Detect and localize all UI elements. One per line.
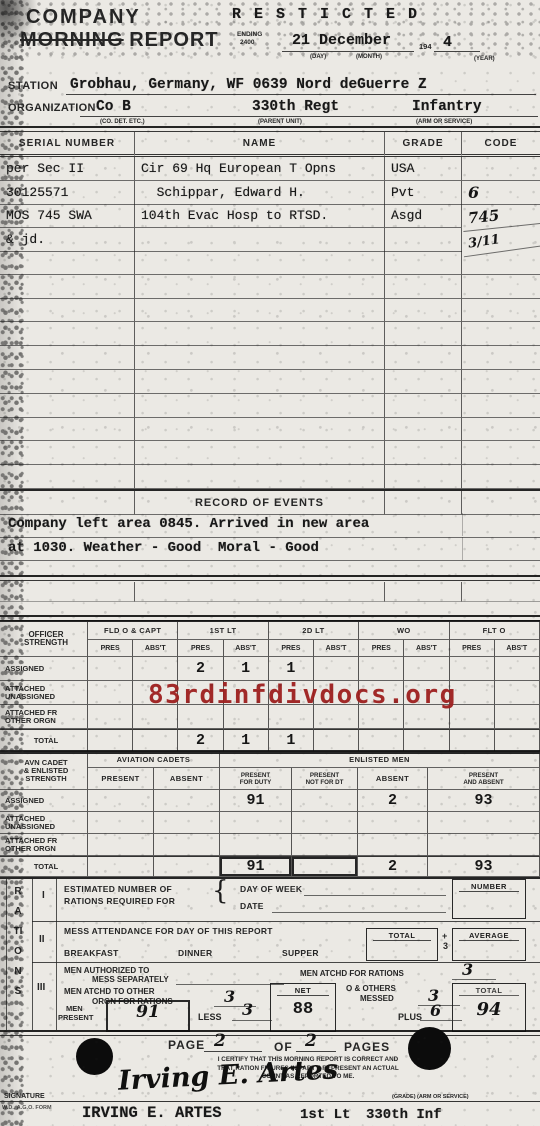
subcol-pres: PRES: [88, 640, 133, 657]
officer-cell: [88, 681, 133, 705]
col-header-code: CODE: [462, 132, 540, 157]
net-box: NET 88: [270, 983, 336, 1032]
officer-cell: [495, 705, 540, 729]
supper-label: SUPPER: [282, 948, 319, 958]
total-box-label: TOTAL: [373, 931, 431, 941]
serial-cell: & jd.: [0, 228, 135, 252]
day-of-week-label: DAY OF WEEK: [240, 884, 302, 894]
officer-cell: [133, 729, 178, 752]
enlisted-table-title: AVN CADET & ENLISTED STRENGTH: [0, 752, 88, 790]
events-line-1: Company left area 0845. Arrived in new a…: [8, 516, 369, 532]
morning-report-document: COMPANY R E S T I C T E D MORNING REPORT…: [0, 0, 540, 1126]
less-label: LESS: [198, 1012, 222, 1022]
station-underline: [66, 94, 536, 95]
name-cell: 104th Evac Hosp to RTSD.: [135, 204, 385, 228]
officer-row-label-total: TOTAL: [0, 729, 88, 752]
events-title: RECORD OF EVENTS: [135, 491, 385, 515]
net-box-label: NET: [277, 986, 329, 996]
officer-cell: [359, 657, 404, 681]
enlisted-cell: [220, 812, 292, 834]
section-i-numeral: I: [42, 890, 45, 901]
serial-cell: 30125571: [0, 181, 135, 205]
enlisted-cell: [154, 812, 220, 834]
men-atchd-for-rations-label: MEN ATCHD FOR RATIONS: [300, 969, 404, 978]
group-aviation-cadets: AVIATION CADETS: [88, 752, 220, 768]
station-label: STATION: [8, 80, 58, 92]
form-title-morning: MORNING: [20, 29, 124, 51]
officer-cell: [495, 681, 540, 705]
station-value: Grobhau, Germany, WF 0639 Nord deGuerre …: [70, 77, 427, 93]
enlisted-row-label-attached-fr: ATTACHED FR OTHER ORGN: [0, 834, 88, 856]
officer-cell: [495, 729, 540, 752]
men-atchd-other-value: 3: [224, 987, 235, 1006]
organization-unit: Co B: [96, 99, 131, 115]
officer-cell: [450, 657, 495, 681]
pages-label: PAGES: [344, 1040, 390, 1054]
roster-row-1: per Sec II Cir 69 Hq European T Opns USA: [0, 157, 540, 181]
grand-total-box: TOTAL 94: [452, 983, 526, 1032]
men-atchd-for-rations-value: 3: [462, 960, 473, 979]
enlisted-row-label-total: TOTAL: [0, 856, 88, 877]
subcol-absent: ABSENT: [154, 768, 220, 790]
group-fld-o-capt: FLD O & CAPT: [88, 622, 178, 640]
section-iii-numeral: III: [37, 982, 45, 993]
men-authorized-label-2: MESS SEPARATELY: [92, 975, 169, 984]
signature-script: Irving E. Artes: [117, 1054, 338, 1096]
year-prefix: 194: [419, 42, 432, 51]
officer-cell: 2: [178, 657, 223, 681]
organization-underline: [80, 116, 538, 117]
enlisted-cell: [154, 790, 220, 812]
enlisted-cell: [292, 790, 358, 812]
empty-roster-rows: [0, 251, 540, 489]
enlisted-cell: 93: [428, 856, 540, 877]
col-header-name: NAME: [135, 132, 385, 157]
subcol-present-not-for-dt: PRESENT NOT FOR DT: [292, 768, 358, 790]
parent-sublabel: (PARENT UNIT): [258, 119, 302, 125]
officer-cell: [314, 657, 359, 681]
enlisted-cell: [154, 834, 220, 856]
typed-signature-unit: 330th Inf: [366, 1107, 442, 1123]
date-label: DATE: [240, 901, 264, 911]
form-title-report: REPORT: [129, 29, 218, 51]
enlisted-cell: [88, 790, 154, 812]
officer-cell: [404, 729, 449, 752]
plus-value: 6: [430, 1001, 441, 1020]
page-label: PAGE: [168, 1038, 205, 1052]
group-2d-lt: 2D LT: [269, 622, 359, 640]
officer-cell: [133, 657, 178, 681]
site-watermark: 83rdinfdivdocs.org: [148, 680, 457, 710]
grade-cell: Asgd: [385, 204, 462, 228]
report-date-value: 21 December: [292, 32, 391, 49]
form-reference: W.D., A.G.O. FORM: [2, 1105, 66, 1112]
grand-total-value: 94: [476, 999, 501, 1020]
enlisted-cell: [154, 856, 220, 877]
subcol-present-and-absent: PRESENT AND ABSENT: [428, 768, 540, 790]
enlisted-strength-table: AVN CADET & ENLISTED STRENGTH AVIATION C…: [0, 750, 540, 879]
men-authorized-label-1: MEN AUTHORIZED TO: [64, 966, 149, 975]
typed-signature-name: IRVING E. ARTES: [82, 1104, 222, 1122]
subcol-abst: ABS'T: [404, 640, 449, 657]
men-atchd-other-label-1: MEN ATCHD TO OTHER: [64, 987, 155, 996]
pages-total: 2: [305, 1031, 317, 1051]
enlisted-cell: 91: [220, 856, 292, 877]
roster-row-3: MOS 745 SWA 104th Evac Hosp to RTSD. Asg…: [0, 204, 540, 228]
section-ii-numeral: II: [39, 934, 45, 945]
group-wo: WO: [359, 622, 449, 640]
arm-sublabel: (ARM OR SERVICE): [416, 119, 472, 125]
grade-cell: USA: [385, 157, 462, 181]
enlisted-cell: 93: [428, 790, 540, 812]
subcol-absent-2: ABSENT: [358, 768, 428, 790]
heavy-rule: [0, 575, 540, 581]
ending-time: 2400: [240, 39, 254, 46]
rations-vertical-label: RATIONS: [12, 882, 24, 1002]
page-number: 2: [214, 1031, 226, 1051]
events-line-2-row: at 1030. Weather - Good Moral - Good: [0, 537, 540, 562]
code-cell: [462, 157, 540, 181]
officer-cell: 1: [269, 729, 314, 752]
serial-cell: MOS 745 SWA: [0, 204, 135, 228]
of-label: OF: [274, 1040, 293, 1054]
subcol-abst: ABS'T: [224, 640, 269, 657]
enlisted-cell: 2: [358, 790, 428, 812]
enlisted-cell: [88, 856, 154, 877]
hole-punch-right: [408, 1027, 451, 1070]
officer-cell: [359, 729, 404, 752]
officer-cell: [314, 729, 359, 752]
enlisted-row-label-assigned: ASSIGNED: [0, 790, 88, 812]
o-and-others-label: O & OTHERS: [346, 984, 396, 993]
officer-cell: [495, 657, 540, 681]
grade-cell: Pvt: [385, 181, 462, 205]
grade-cell: [385, 228, 462, 252]
officer-cell: 1: [269, 657, 314, 681]
roster-header-row: SERIAL NUMBER NAME GRADE CODE: [0, 132, 540, 157]
officer-table-title: OFFICER STRENGTH: [0, 622, 88, 657]
typed-signature-grade: 1st Lt: [300, 1107, 350, 1123]
subcol-abst: ABS'T: [133, 640, 178, 657]
number-box-label: NUMBER: [459, 882, 519, 892]
group-flt-o: FLT O: [450, 622, 540, 640]
name-cell: Cir 69 Hq European T Opns: [135, 157, 385, 181]
events-header-row: RECORD OF EVENTS: [0, 489, 540, 515]
present-label: PRESENT: [58, 1013, 93, 1022]
total-box: TOTAL: [366, 928, 438, 961]
subcol-pres: PRES: [450, 640, 495, 657]
organization-label: ORGANIZATION: [8, 102, 96, 114]
day-sublabel: (DAY): [310, 54, 326, 60]
grade-arm-sublabel: (GRADE) (ARM OR SERVICE): [392, 1094, 469, 1100]
average-box-label: AVERAGE: [459, 931, 519, 941]
restricted-stamp: R E S T I C T E D: [232, 6, 419, 23]
subcol-pres: PRES: [269, 640, 314, 657]
subcol-abst: ABS'T: [495, 640, 540, 657]
men-present-value: 91: [136, 1002, 160, 1022]
men-label: MEN: [66, 1004, 83, 1013]
mess-attendance-label: MESS ATTENDANCE FOR DAY OF THIS REPORT: [64, 926, 273, 936]
organization-arm: Infantry: [412, 99, 482, 115]
breakfast-label: BREAKFAST: [64, 948, 119, 958]
officer-cell: 1: [224, 729, 269, 752]
officer-cell: [450, 729, 495, 752]
enlisted-cell: 2: [358, 856, 428, 877]
officer-cell: [88, 729, 133, 752]
grand-total-box-label: TOTAL: [459, 986, 519, 996]
group-1st-lt: 1ST LT: [178, 622, 268, 640]
enlisted-cell: [88, 834, 154, 856]
enlisted-cell: [220, 834, 292, 856]
officer-row-label-attached-fr: ATTACHED FR OTHER ORGN: [0, 705, 88, 729]
enlisted-cell: [428, 812, 540, 834]
year-value: 4: [443, 34, 452, 51]
ending-label: ENDING: [237, 31, 262, 38]
enlisted-row-label-attached-unassigned: ATTACHED UNASSIGNED: [0, 812, 88, 834]
events-line-1-row: Company left area 0845. Arrived in new a…: [0, 513, 540, 538]
unit-sublabel: (CO. DET. ETC.): [100, 119, 145, 125]
col-header-grade: GRADE: [385, 132, 462, 157]
number-box: NUMBER: [452, 879, 526, 919]
month-sublabel: (MONTH): [356, 54, 382, 60]
subcol-present-for-duty: PRESENT FOR DUTY: [220, 768, 292, 790]
net-value: 88: [293, 1000, 313, 1019]
enlisted-cell: [292, 856, 358, 877]
less-value: 3: [242, 1000, 253, 1019]
estimated-label-1: ESTIMATED NUMBER OF: [64, 884, 172, 894]
messed-label: MESSED: [360, 994, 394, 1003]
enlisted-cell: [88, 812, 154, 834]
officer-cell: 1: [224, 657, 269, 681]
col-header-serial: SERIAL NUMBER: [0, 132, 135, 157]
serial-cell: per Sec II: [0, 157, 135, 181]
plus-label: PLUS: [398, 1012, 422, 1022]
officer-row-label-assigned: ASSIGNED: [0, 657, 88, 681]
group-enlisted-men: ENLISTED MEN: [220, 752, 540, 768]
officer-cell: [404, 657, 449, 681]
organization-parent: 330th Regt: [252, 99, 339, 115]
enlisted-cell: 91: [220, 790, 292, 812]
divide-by: 3: [443, 941, 448, 951]
form-title-company: COMPANY: [26, 6, 141, 29]
brace: {: [212, 876, 229, 906]
year-sublabel: (YEAR): [474, 56, 495, 62]
divide-sign: +: [442, 931, 447, 941]
enlisted-cell: [428, 834, 540, 856]
roster-row-4: & jd. 3/11: [0, 228, 540, 252]
subcol-pres: PRES: [178, 640, 223, 657]
officer-row-label-attached-unassigned: ATTACHED UNASSIGNED: [0, 681, 88, 705]
spacer-ruled-row: [0, 582, 540, 602]
roster-row-2: 30125571 Schippar, Edward H. Pvt 6: [0, 181, 540, 205]
average-box: AVERAGE: [452, 928, 526, 961]
enlisted-cell: [358, 834, 428, 856]
date-underline: [282, 51, 414, 52]
subcol-present: PRESENT: [88, 768, 154, 790]
enlisted-cell: [292, 834, 358, 856]
enlisted-cell: [358, 812, 428, 834]
subcol-abst: ABS'T: [314, 640, 359, 657]
hole-punch-left: [76, 1038, 113, 1075]
officer-cell: 2: [178, 729, 223, 752]
signature-line: [0, 1101, 540, 1102]
enlisted-cell: [292, 812, 358, 834]
events-line-2: at 1030. Weather - Good Moral - Good: [8, 540, 319, 556]
name-cell: Schippar, Edward H.: [135, 181, 385, 205]
name-cell: [135, 228, 385, 252]
subcol-pres: PRES: [359, 640, 404, 657]
year-underline: [434, 51, 480, 52]
officer-cell: [88, 705, 133, 729]
heavy-rule: [0, 1030, 540, 1036]
men-present-box: 91: [106, 1000, 190, 1032]
officer-cell: [88, 657, 133, 681]
signature-label: SIGNATURE: [4, 1093, 45, 1100]
estimated-label-2: RATIONS REQUIRED FOR: [64, 896, 175, 906]
dinner-label: DINNER: [178, 948, 212, 958]
